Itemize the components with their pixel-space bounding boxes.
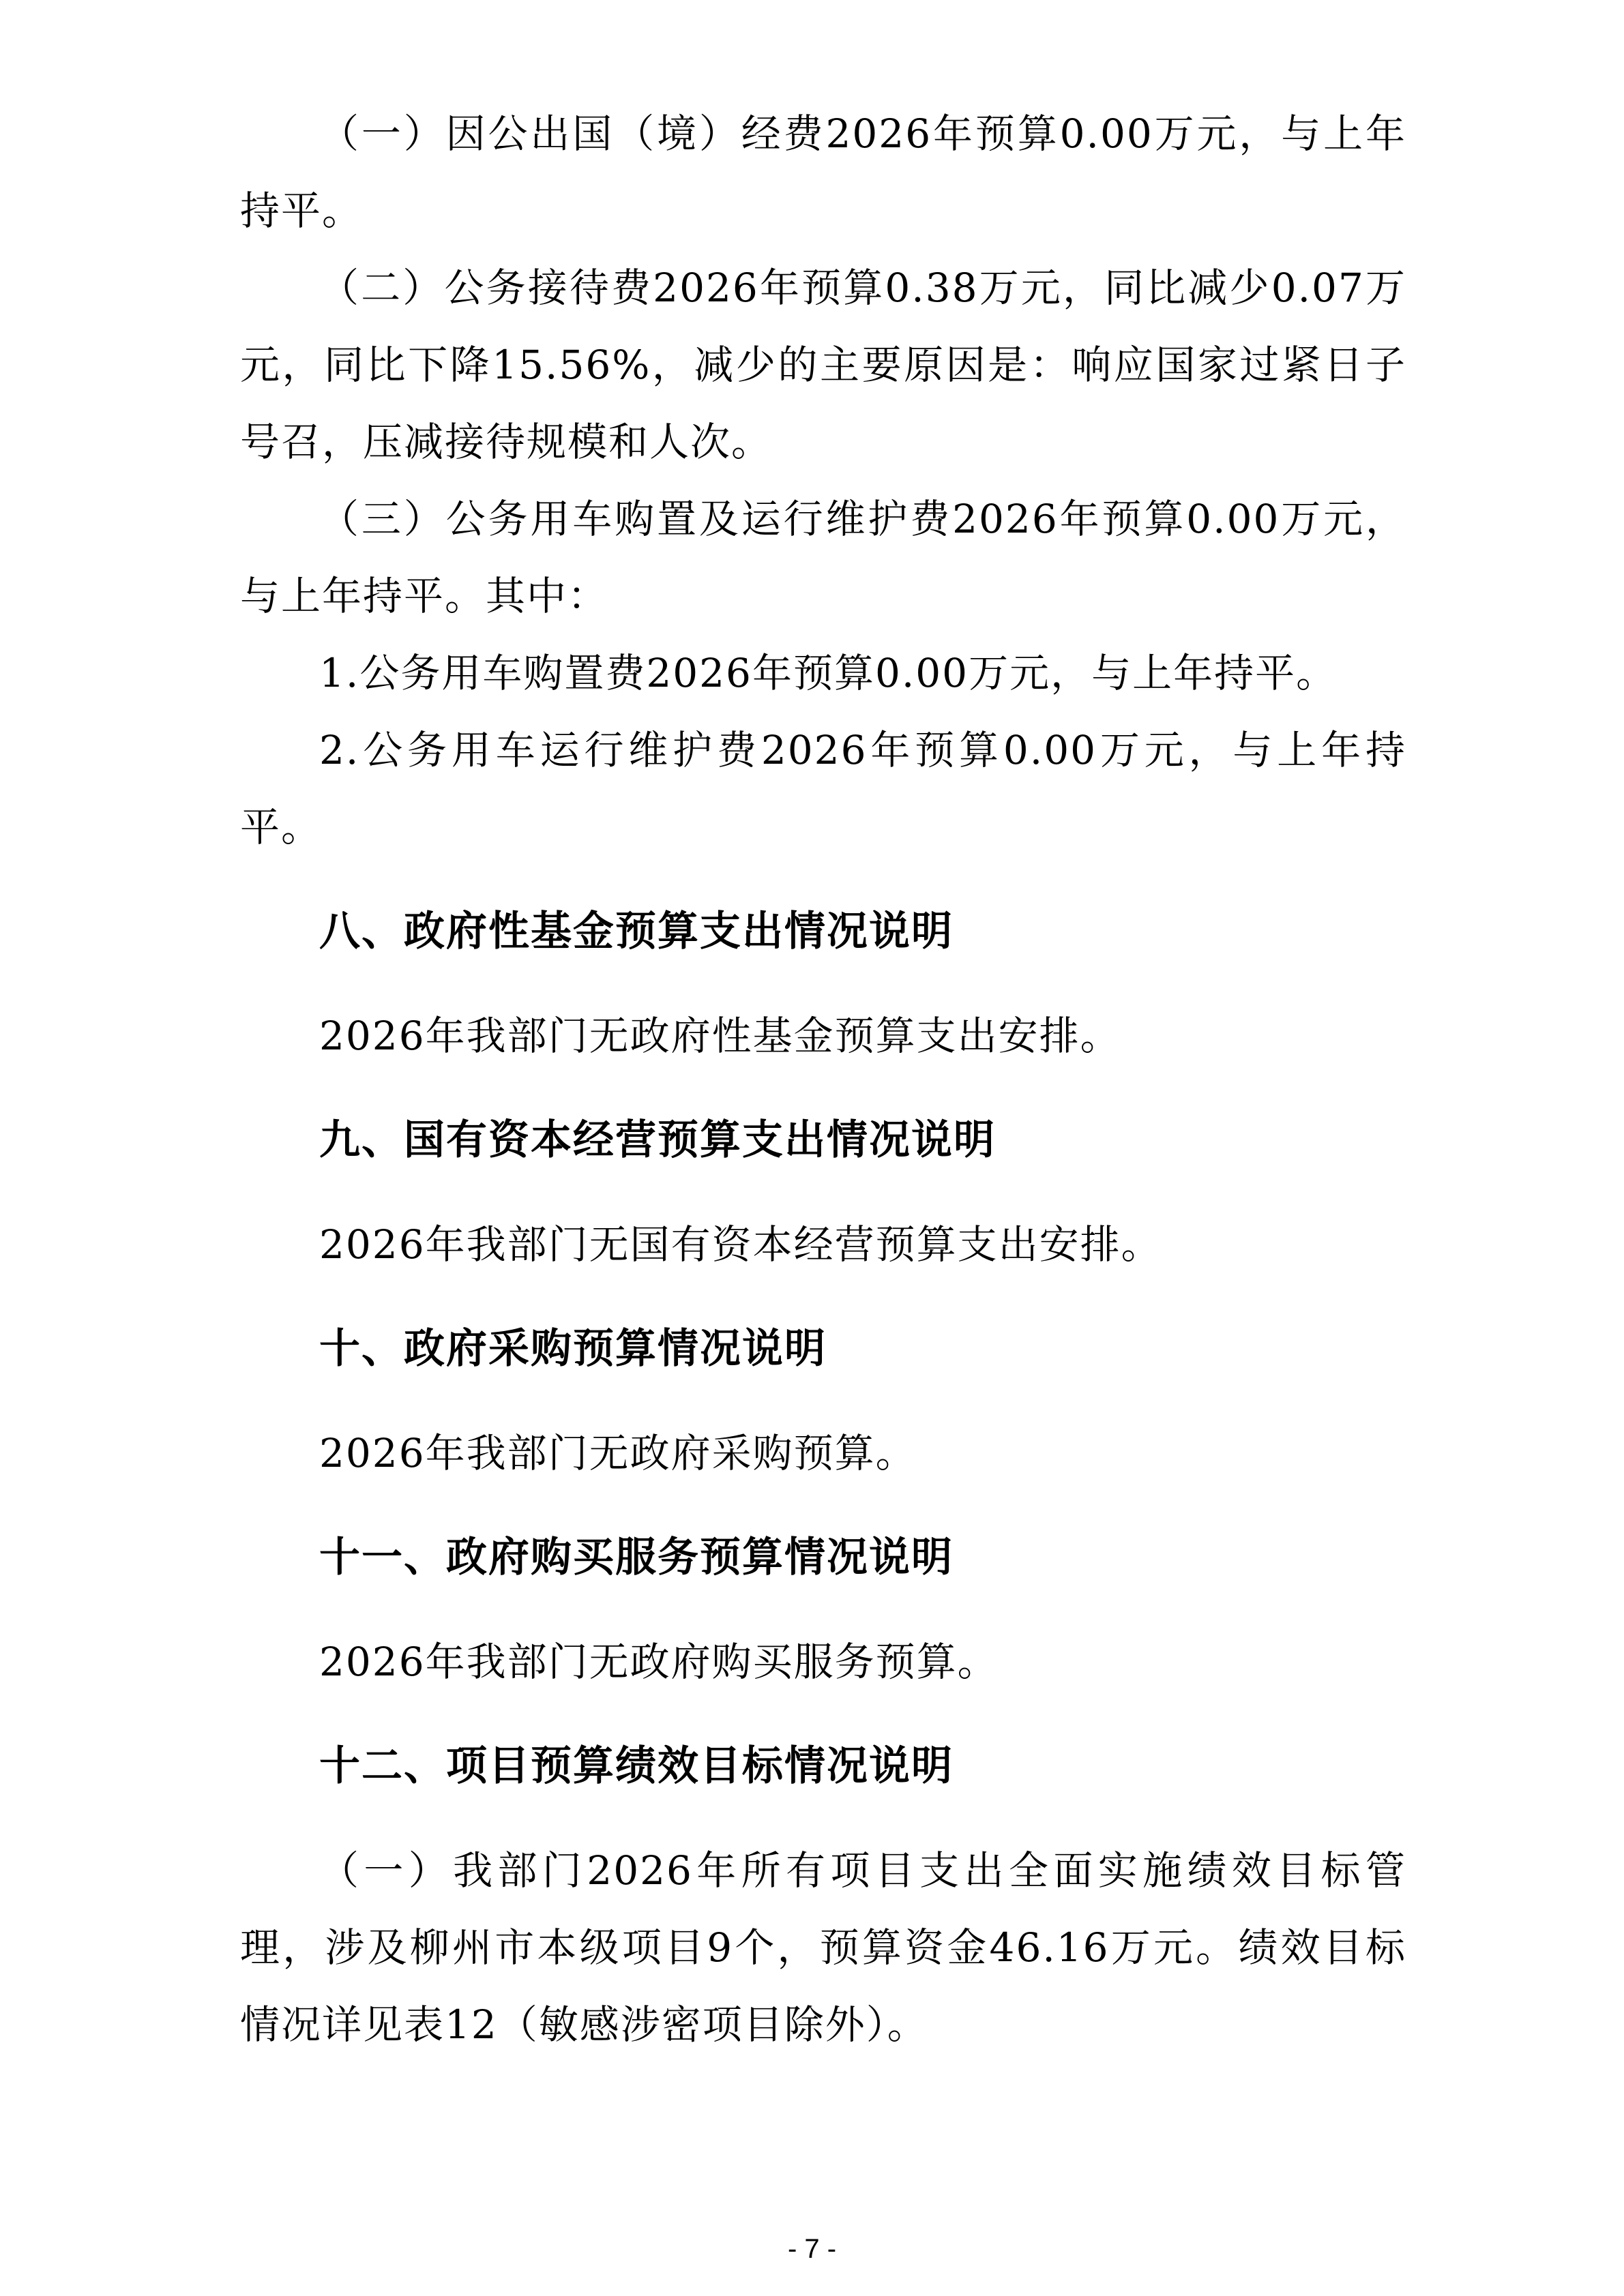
section-heading-9: 九、国有资本经营预算支出情况说明: [240, 1102, 1406, 1179]
section-heading-11: 十一、政府购买服务预算情况说明: [240, 1519, 1406, 1596]
paragraph-overseas-travel-expense: （一）因公出国（境）经费2026年预算0.00万元，与上年持平。: [240, 95, 1406, 250]
paragraph-gov-fund-budget: 2026年我部门无政府性基金预算支出安排。: [240, 998, 1406, 1075]
spacer: [240, 1388, 1406, 1415]
spacer: [240, 1075, 1406, 1102]
paragraph-gov-procurement: 2026年我部门无政府采购预算。: [240, 1415, 1406, 1492]
document-page: （一）因公出国（境）经费2026年预算0.00万元，与上年持平。 （二）公务接待…: [0, 0, 1624, 2296]
paragraph-reception-expense: （二）公务接待费2026年预算0.38万元，同比减少0.07万元，同比下降15.…: [240, 250, 1406, 481]
spacer: [240, 866, 1406, 893]
spacer: [240, 970, 1406, 998]
document-body: （一）因公出国（境）经费2026年预算0.00万元，与上年持平。 （二）公务接待…: [240, 95, 1406, 2063]
section-heading-10: 十、政府采购预算情况说明: [240, 1311, 1406, 1388]
paragraph-performance-targets: （一）我部门2026年所有项目支出全面实施绩效目标管理，涉及柳州市本级项目9个，…: [240, 1832, 1406, 2063]
paragraph-vehicle-maintenance: 2.公务用车运行维护费2026年预算0.00万元，与上年持平。: [240, 712, 1406, 866]
spacer: [240, 1596, 1406, 1624]
page-number: - 7 -: [0, 2228, 1624, 2269]
section-heading-12: 十二、项目预算绩效目标情况说明: [240, 1728, 1406, 1805]
paragraph-gov-purchased-services: 2026年我部门无政府购买服务预算。: [240, 1624, 1406, 1701]
spacer: [240, 1179, 1406, 1206]
spacer: [240, 1701, 1406, 1728]
paragraph-vehicle-expense: （三）公务用车购置及运行维护费2026年预算0.00万元，与上年持平。其中：: [240, 481, 1406, 635]
spacer: [240, 1283, 1406, 1311]
spacer: [240, 1805, 1406, 1832]
paragraph-vehicle-purchase: 1.公务用车购置费2026年预算0.00万元，与上年持平。: [240, 635, 1406, 712]
section-heading-8: 八、政府性基金预算支出情况说明: [240, 893, 1406, 970]
paragraph-state-capital-budget: 2026年我部门无国有资本经营预算支出安排。: [240, 1206, 1406, 1283]
spacer: [240, 1492, 1406, 1519]
